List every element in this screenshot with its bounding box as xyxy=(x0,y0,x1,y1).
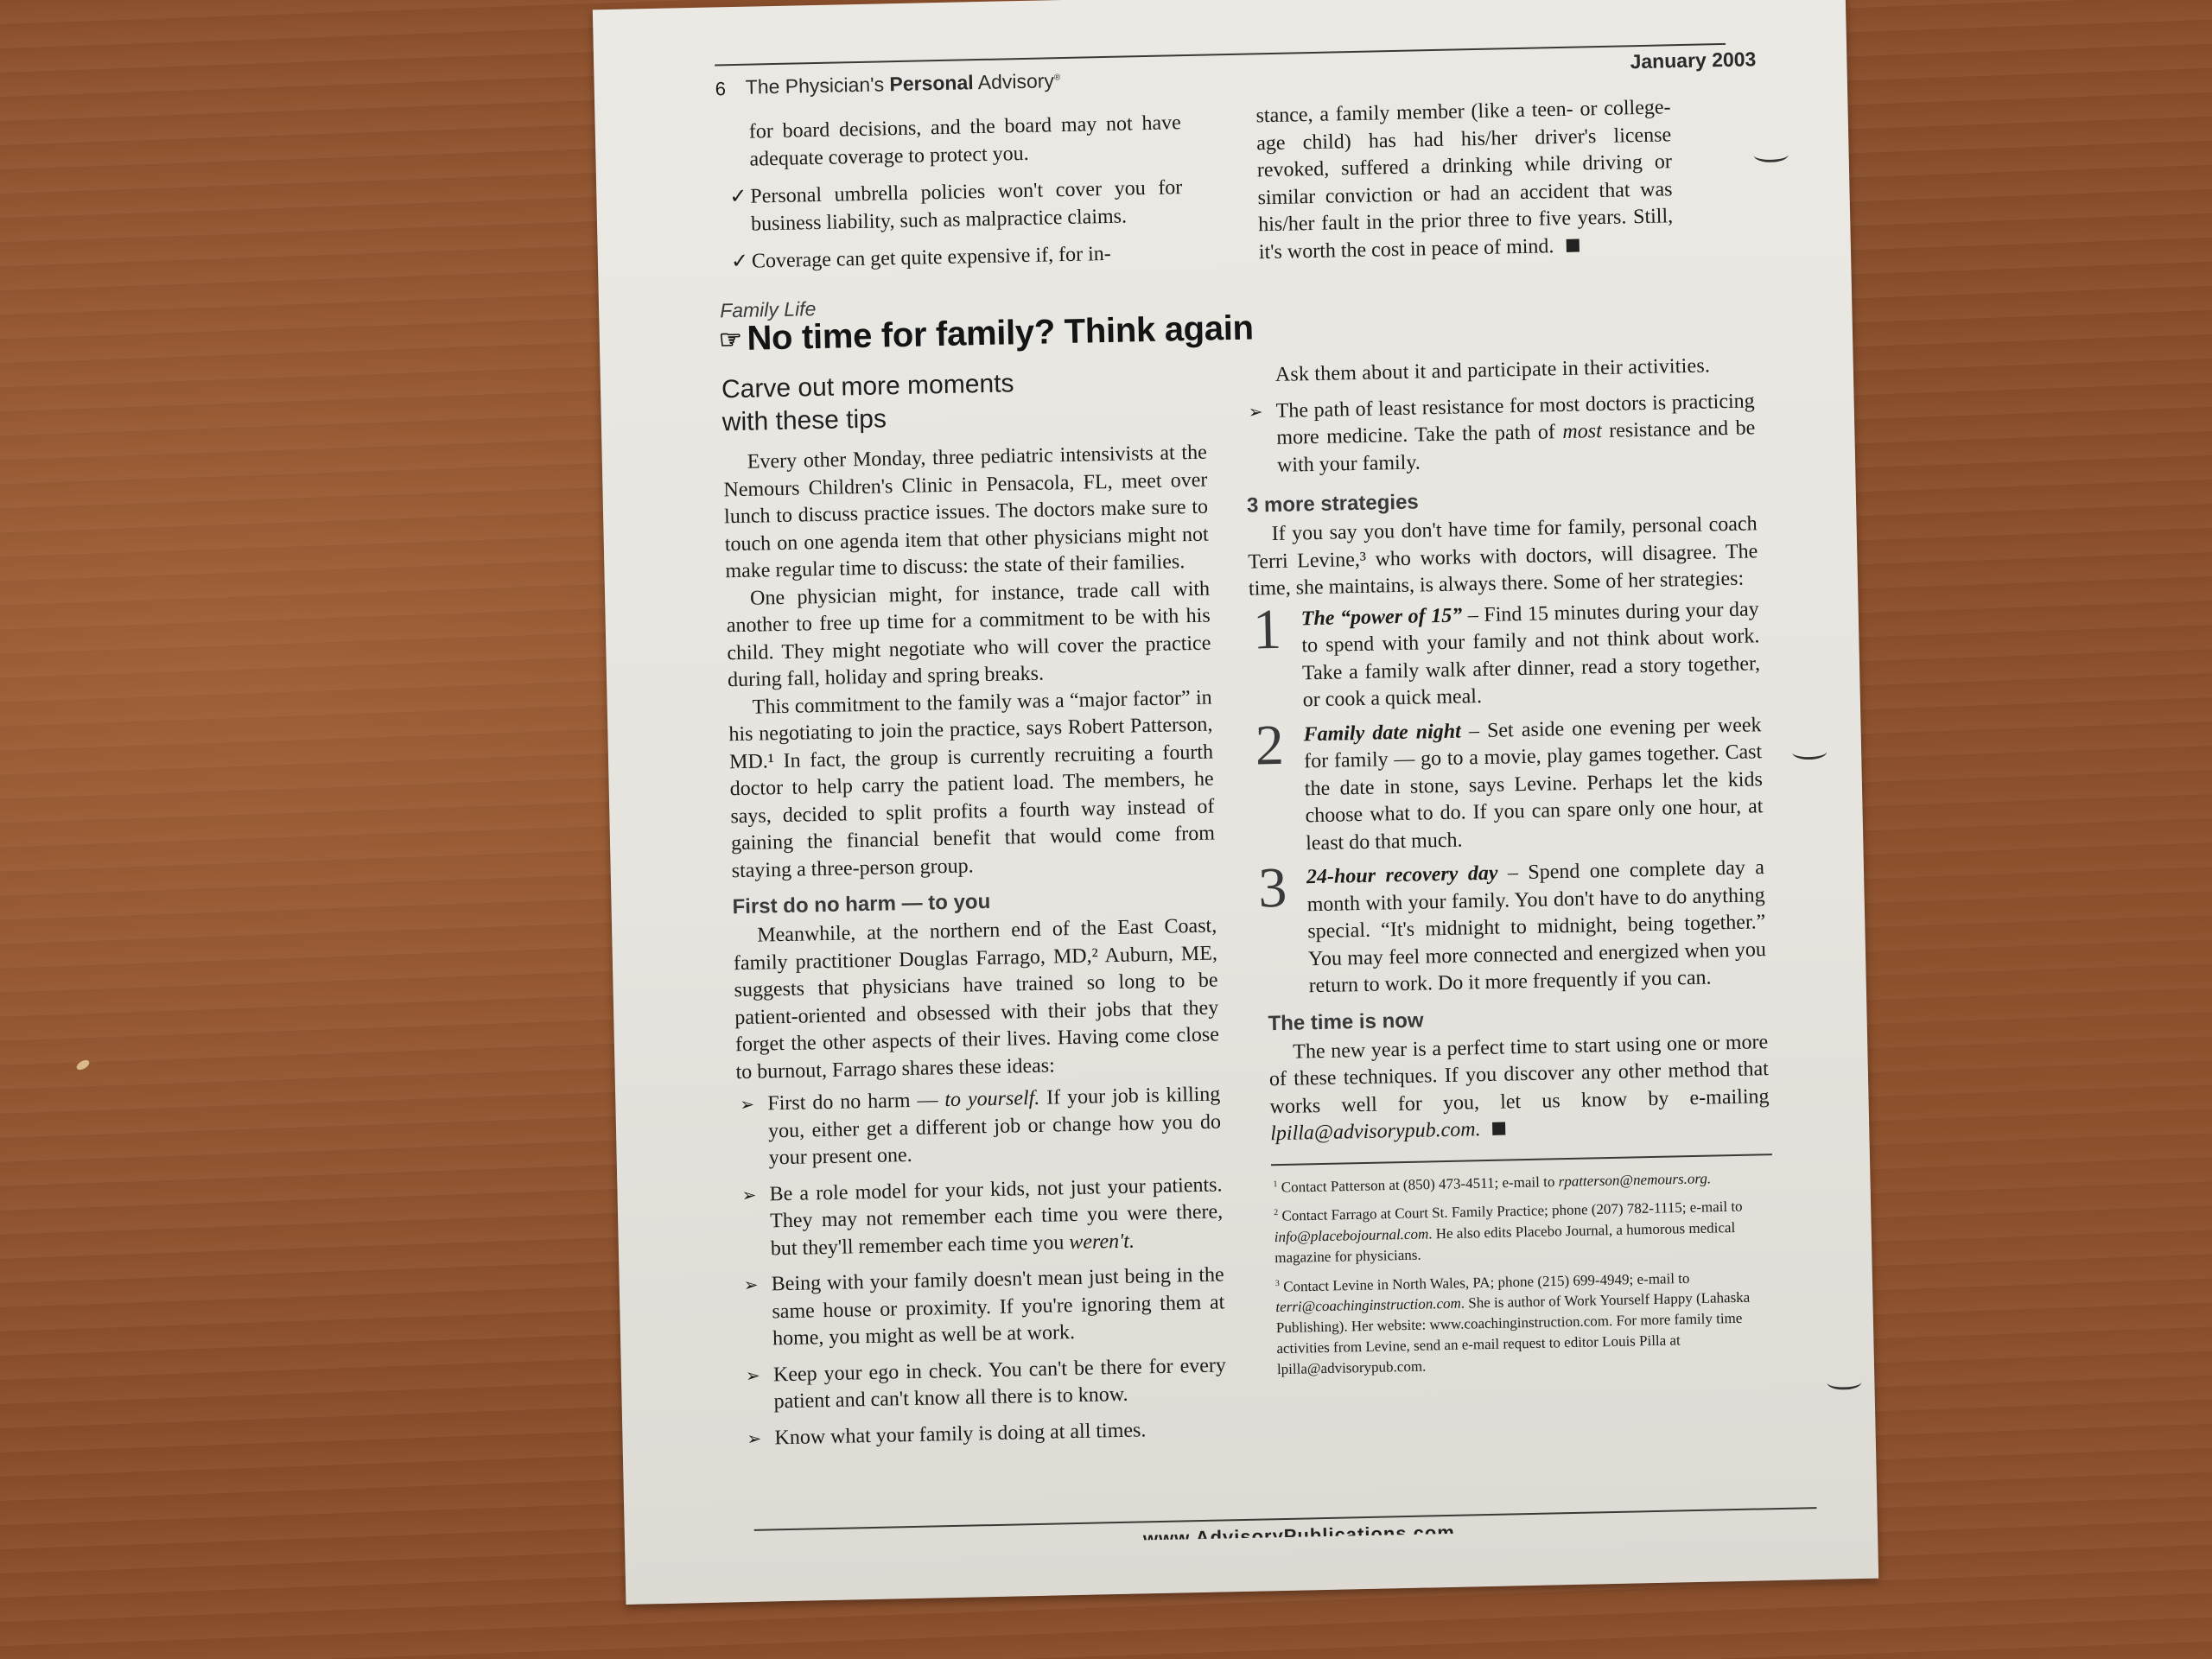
bullet-emphasis: weren't. xyxy=(1069,1230,1135,1254)
check-icon: ✓ xyxy=(731,249,749,276)
strategy-item: 1 The “power of 15” – Find 15 minutes du… xyxy=(1249,596,1761,715)
paragraph: If you say you don't have time for famil… xyxy=(1247,511,1758,603)
arrow-bullet-icon: ➢ xyxy=(743,1272,758,1300)
end-mark-icon xyxy=(1492,1122,1505,1135)
wood-speck xyxy=(75,1058,91,1072)
paragraph: The new year is a perfect time to start … xyxy=(1268,1029,1770,1148)
punch-mark xyxy=(1792,745,1827,760)
bullet-item: ➢ Being with your family doesn't mean ju… xyxy=(740,1262,1225,1353)
strategy-number: 1 xyxy=(1252,601,1281,658)
arrow-bullet-icon: ➢ xyxy=(741,1181,756,1209)
check-item: ✓ Personal umbrella policies won't cover… xyxy=(731,175,1183,238)
footnote-rule xyxy=(1271,1154,1772,1166)
continued-right: stance, a family member (like a teen- or… xyxy=(1255,94,1674,266)
paragraph: This commitment to the family was a “maj… xyxy=(728,684,1215,885)
footnote-email: info@placebojournal.com xyxy=(1274,1225,1429,1245)
strategy-title: Family date night xyxy=(1303,720,1461,746)
headline-text: No time for family? Think again xyxy=(747,308,1254,357)
check-icon: ✓ xyxy=(729,184,747,212)
arrow-bullet-icon: ➢ xyxy=(746,1362,760,1389)
footer-url: www.AdvisoryPublications.com xyxy=(1143,1522,1455,1541)
footnote-email: terri@coachinginstruction.com xyxy=(1275,1295,1461,1315)
check-item: ✓ Coverage can get quite expensive if, f… xyxy=(733,239,1185,276)
header-rule xyxy=(715,43,1726,67)
bullet-text: Keep your ego in check. You can't be the… xyxy=(773,1354,1226,1413)
continued-right-text: stance, a family member (like a teen- or… xyxy=(1255,96,1673,264)
footnote: 3 Contact Levine in North Wales, PA; pho… xyxy=(1275,1263,1775,1381)
section3-body: If you say you don't have time for famil… xyxy=(1247,511,1767,1001)
registered-mark: ® xyxy=(1054,73,1061,82)
punch-mark xyxy=(1827,1375,1861,1390)
publication-title-suffix: Advisory xyxy=(973,69,1054,93)
punch-mark xyxy=(1753,147,1788,162)
footnote: 2 Contact Farrago at Court St. Family Pr… xyxy=(1274,1192,1772,1268)
section4-body: The new year is a perfect time to start … xyxy=(1258,1029,1770,1148)
footnotes: 1 Contact Patterson at (850) 473-4511; e… xyxy=(1261,1164,1775,1381)
bullet-continuation: Ask them about it and participate in the… xyxy=(1244,352,1755,390)
continued-lead: for board decisions, and the board may n… xyxy=(749,110,1182,173)
bullet-text: Know what your family is doing at all ti… xyxy=(774,1419,1146,1449)
publication-title-bold: Personal xyxy=(889,71,974,95)
contact-email: lpilla@advisorypub.com. xyxy=(1270,1118,1481,1145)
arrow-bullet-icon: ➢ xyxy=(1248,398,1262,426)
bullet-text: Be a role model for your kids, not just … xyxy=(769,1173,1223,1260)
publication-title-prefix: The Physician's xyxy=(745,73,889,98)
arrow-bullet-icon: ➢ xyxy=(740,1091,754,1119)
bullet-text: Being with your family doesn't mean just… xyxy=(771,1263,1224,1350)
bullet-text: First do no harm — xyxy=(767,1089,945,1115)
strategy-title: 24-hour recovery day xyxy=(1306,862,1498,889)
end-mark-icon xyxy=(1566,238,1579,251)
pointing-hand-icon: ☞ xyxy=(719,326,742,355)
strategy-item: 2 Family date night – Set aside one even… xyxy=(1251,712,1764,859)
bullet-item: ➢ The path of least resistance for most … xyxy=(1244,388,1756,480)
arrow-bullet-icon: ➢ xyxy=(747,1425,761,1452)
closing-text: The new year is a perfect time to start … xyxy=(1269,1031,1770,1118)
page-number: 6 xyxy=(715,78,727,100)
paragraph: Meanwhile, at the northern end of the Ea… xyxy=(733,912,1220,1086)
newsletter-page: 6 The Physician's Personal Advisory® Jan… xyxy=(593,0,1878,1605)
strategy-number: 2 xyxy=(1255,716,1284,774)
footnote-text: Contact Patterson at (850) 473-4511; e-m… xyxy=(1277,1173,1558,1195)
continued-left: for board decisions, and the board may n… xyxy=(749,110,1185,286)
strategy-item: 3 24-hour recovery day – Spend one compl… xyxy=(1255,855,1767,1001)
footnote: 1 Contact Patterson at (850) 473-4511; e… xyxy=(1273,1164,1770,1198)
check-item-text: Personal umbrella policies won't cover y… xyxy=(750,176,1182,235)
intro-paragraphs: Every other Monday, three pediatric inte… xyxy=(723,440,1216,886)
right-column: Ask them about it and participate in the… xyxy=(1244,352,1776,1386)
bullet-item: ➢ Keep your ego in check. You can't be t… xyxy=(742,1352,1227,1417)
bullet-item: ➢ Be a role model for your kids, not jus… xyxy=(738,1172,1224,1263)
bullet-emphasis: to yourself. xyxy=(944,1087,1039,1111)
bullet-emphasis: most xyxy=(1562,420,1602,443)
paragraph: One physician might, for instance, trade… xyxy=(726,575,1212,695)
left-column: Carve out more moments with these tips E… xyxy=(721,364,1228,1461)
article-deck: Carve out more moments with these tips xyxy=(721,364,1206,440)
publication-title: The Physician's Personal Advisory® xyxy=(745,69,1060,99)
paragraph: Every other Monday, three pediatric inte… xyxy=(723,440,1210,586)
bullet-item: ➢ Know what your family is doing at all … xyxy=(743,1415,1228,1452)
strategy-number: 3 xyxy=(1258,860,1287,918)
footnote-email: rpatterson@nemours.org. xyxy=(1558,1170,1711,1190)
check-item-text: Coverage can get quite expensive if, for… xyxy=(752,243,1111,273)
issue-date: January 2003 xyxy=(1630,48,1756,73)
strategy-title: The “power of 15” xyxy=(1300,604,1462,630)
bullet-item: ➢ First do no harm — to yourself. If you… xyxy=(736,1081,1222,1173)
section2-body: Meanwhile, at the northern end of the Ea… xyxy=(733,912,1228,1452)
